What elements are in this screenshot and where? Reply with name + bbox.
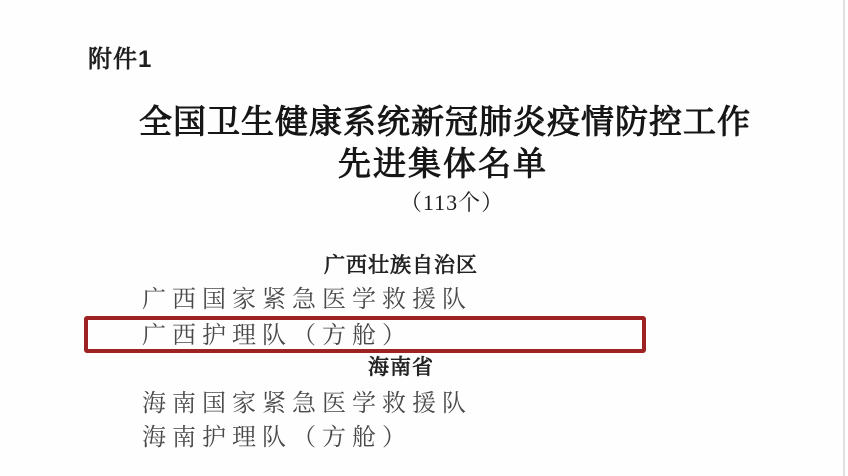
- section-header-hainan: 海南省: [0, 355, 802, 380]
- page-right-edge-line: [843, 0, 845, 476]
- document-title-line-1: 全国卫生健康系统新冠肺炎疫情防控工作: [42, 102, 848, 144]
- list-item-guangxi-rescue-team: 广西国家紧急医学救援队: [142, 286, 472, 314]
- document-title-line-2: 先进集体名单: [40, 145, 846, 185]
- list-item-guangxi-nursing-team: 广西护理队（方舱）: [142, 322, 412, 350]
- attachment-label: 附件1: [88, 46, 152, 74]
- section-header-guangxi: 广西壮族自治区: [0, 253, 802, 278]
- list-item-hainan-nursing-team: 海南护理队（方舱）: [142, 424, 412, 452]
- collective-count-label: （113个）: [54, 190, 848, 216]
- document-page: 附件1 全国卫生健康系统新冠肺炎疫情防控工作 先进集体名单 （113个） 广西壮…: [0, 0, 848, 476]
- list-item-hainan-rescue-team: 海南国家紧急医学救援队: [142, 390, 472, 418]
